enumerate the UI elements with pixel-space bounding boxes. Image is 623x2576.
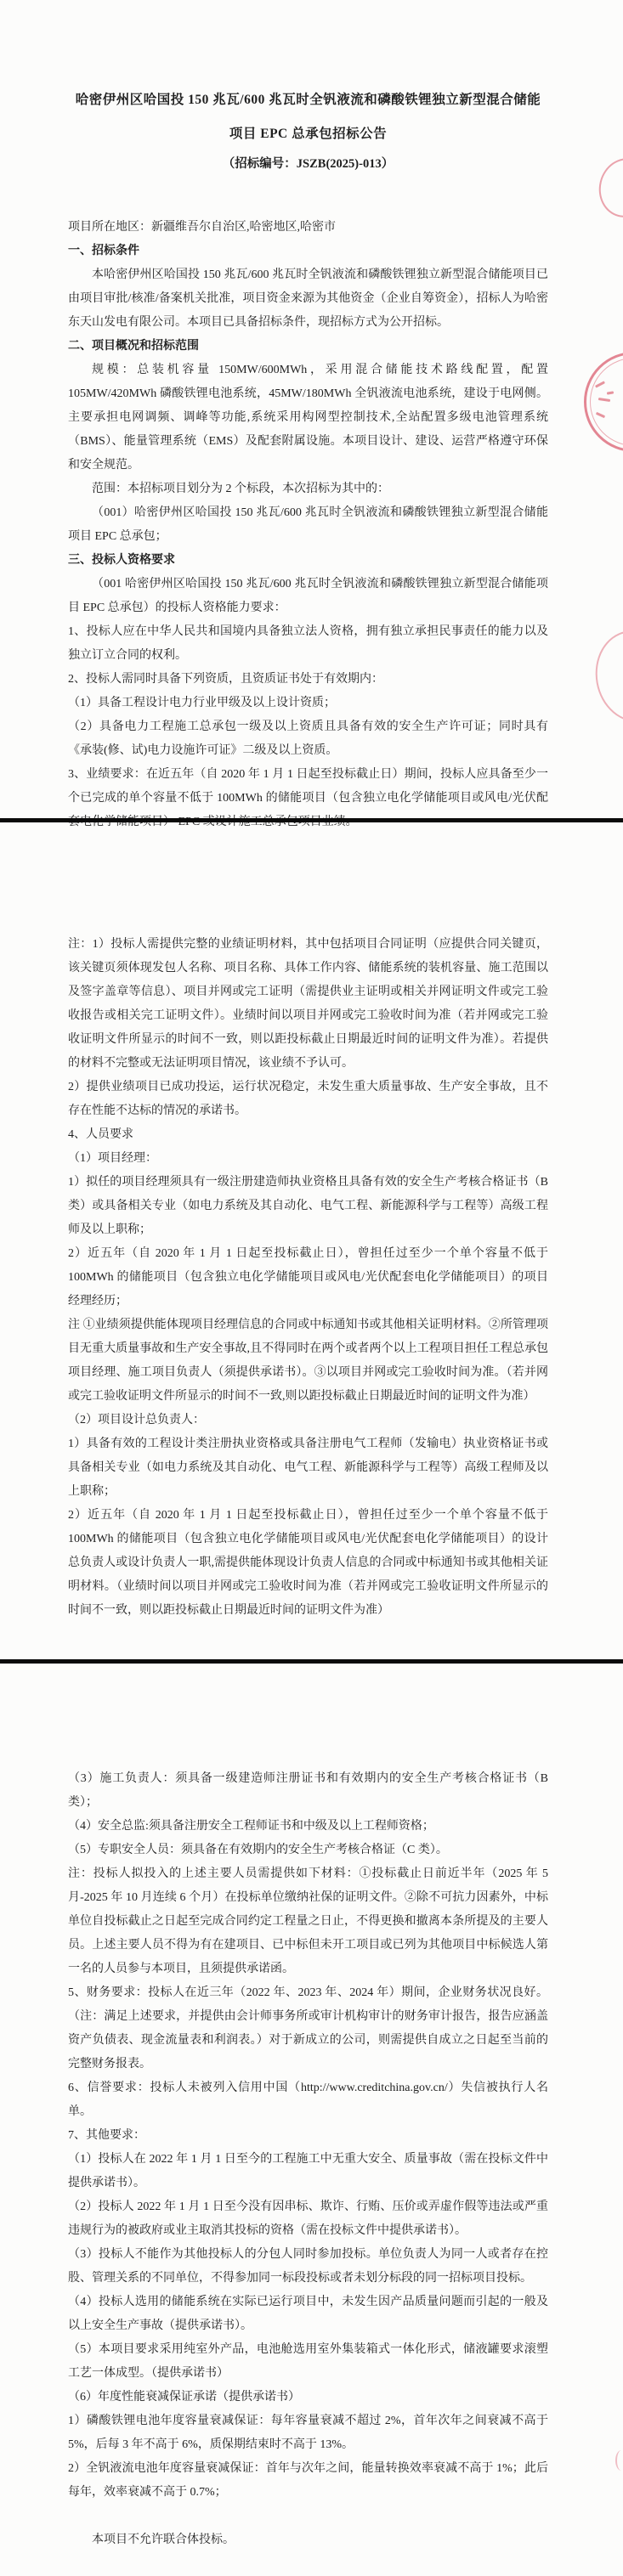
document-page-1: 哈密伊州区哈国投 150 兆瓦/600 兆瓦时全钒液流和磷酸铁锂独立新型混合储能… xyxy=(0,0,623,818)
doc-paragraph: 2）全钒液流电池年度容量衰减保证：首年与次年之间，能量转换效率衰减不高于 1%；… xyxy=(68,2457,548,2505)
bid-number: （招标编号：JSZB(2025)-013） xyxy=(68,151,548,177)
doc-paragraph: （6）年度性能衰减保证承诺（提供承诺书） xyxy=(68,2386,548,2409)
page-scan-divider xyxy=(0,818,623,822)
doc-paragraph: 注 ①业绩须提供能体现项目经理信息的合同或中标通知书或其他相关证明材料。②所管理… xyxy=(68,1313,548,1409)
doc-paragraph: 7、其他要求： xyxy=(68,2124,548,2148)
doc-paragraph: （4）投标人选用的储能系统在实际已运行项目中，未发生因产品质量问题而引起的一般及… xyxy=(68,2291,548,2338)
section-heading-project-overview: 二、项目概况和招标范围 xyxy=(68,335,548,359)
doc-paragraph: （5）专职安全人员：须具备在有效期内的安全生产考核合格证（C 类）。 xyxy=(68,1839,548,1862)
doc-paragraph: 2）提供业绩项目已成功投运，运行状况稳定，未发生重大质量事故、生产安全事故，且不… xyxy=(68,1076,548,1123)
page-scan-divider xyxy=(0,1659,623,1664)
doc-paragraph: 1）具备有效的工程设计类注册执业资格或具备注册电气工程师（发输电）执业资格证书或… xyxy=(68,1432,548,1504)
doc-paragraph: （2）具备电力工程施工总承包一级及以上资质且具备有效的安全生产许可证；同时具有《… xyxy=(68,715,548,763)
doc-paragraph: 3、业绩要求：在近五年（自 2020 年 1 月 1 日起至投标截止日）期间，投… xyxy=(68,763,548,834)
doc-paragraph: 1、投标人应在中华人民共和国境内具备独立法人资格，拥有独立承担民事责任的能力以及… xyxy=(68,620,548,668)
section-heading-bidder-qualifications: 三、投标人资格要求 xyxy=(68,549,548,573)
doc-paragraph: 注：投标人拟投入的上述主要人员需提供如下材料：①投标截止日前近半年（2025 年… xyxy=(68,1862,548,1981)
doc-paragraph: 5、财务要求：投标人在近三年（2022 年、2023 年、2024 年）期间，企… xyxy=(68,1981,548,2076)
doc-paragraph: 本哈密伊州区哈国投 150 兆瓦/600 兆瓦时全钒液流和磷酸铁锂独立新型混合储… xyxy=(68,263,548,335)
doc-paragraph: （2）投标人 2022 年 1 月 1 日至今没有因串标、欺诈、行贿、压价或弄虚… xyxy=(68,2195,548,2243)
doc-paragraph: 4、人员要求 xyxy=(68,1123,548,1147)
section-heading-bid-conditions: 一、招标条件 xyxy=(68,240,548,263)
doc-paragraph: （2）项目设计总负责人： xyxy=(68,1409,548,1432)
doc-paragraph: 范围：本招标项目划分为 2 个标段，本次招标为其中的： xyxy=(68,477,548,501)
doc-paragraph: （3）投标人不能作为其他投标人的分包人同时参加投标。单位负责人为同一人或者存在控… xyxy=(68,2243,548,2291)
doc-paragraph: 1）拟任的项目经理须具有一级注册建造师执业资格且具备有效的安全生产考核合格证书（… xyxy=(68,1171,548,1242)
title-block: 哈密伊州区哈国投 150 兆瓦/600 兆瓦时全钒液流和磷酸铁锂独立新型混合储能… xyxy=(68,0,548,177)
doc-paragraph: 6、信誉要求：投标人未被列入信用中国（http://www.creditchin… xyxy=(68,2076,548,2124)
doc-paragraph: （1）项目经理： xyxy=(68,1147,548,1171)
document-page-3: （3）施工负责人：须具备一级建造师注册证书和有效期内的安全生产考核合格证书（B … xyxy=(0,1767,623,2576)
doc-paragraph: （001）哈密伊州区哈国投 150 兆瓦/600 兆瓦时全钒液流和磷酸铁锂独立新… xyxy=(68,501,548,549)
document-page-2: 注：1）投标人需提供完整的业绩证明材料，其中包括项目合同证明（应提供合同关键页，… xyxy=(0,933,623,1659)
project-location-line: 项目所在地区：新疆维吾尔自治区,哈密地区,哈密市 xyxy=(68,216,548,240)
doc-paragraph: 1）磷酸铁锂电池年度容量衰减保证：每年容量衰减不超过 2%，首年次年之间衰减不高… xyxy=(68,2409,548,2457)
doc-paragraph: （3）施工负责人：须具备一级建造师注册证书和有效期内的安全生产考核合格证书（B … xyxy=(68,1767,548,1815)
document-title-line-2: 项目 EPC 总承包招标公告 xyxy=(68,117,548,151)
doc-paragraph: （4）安全总监:须具备注册安全工程师证书和中级及以上工程师资格； xyxy=(68,1815,548,1839)
doc-paragraph: （1）具备工程设计电力行业甲级及以上设计资质； xyxy=(68,692,548,715)
doc-paragraph: （5）本项目要求采用纯室外产品，电池舱选用室外集装箱式一体化形式，储液罐要求滚塑… xyxy=(68,2338,548,2386)
doc-paragraph: 2）近五年（自 2020 年 1 月 1 日起至投标截止日），曾担任过至少一个单… xyxy=(68,1242,548,1313)
doc-paragraph-no-consortium: 本项目不允许联合体投标。 xyxy=(68,2528,548,2552)
doc-paragraph: （1）投标人在 2022 年 1 月 1 日至今的工程施工中无重大安全、质量事故… xyxy=(68,2148,548,2195)
doc-paragraph: 2、投标人需同时具备下列资质，且资质证书处于有效期内： xyxy=(68,668,548,692)
doc-paragraph: 2）近五年（自 2020 年 1 月 1 日起至投标截止日），曾担任过至少一个单… xyxy=(68,1504,548,1623)
document-title-line-1: 哈密伊州区哈国投 150 兆瓦/600 兆瓦时全钒液流和磷酸铁锂独立新型混合储能 xyxy=(68,83,548,117)
doc-paragraph: 注：1）投标人需提供完整的业绩证明材料，其中包括项目合同证明（应提供合同关键页，… xyxy=(68,933,548,1076)
doc-paragraph: 规模：总装机容量 150MW/600MWh，采用混合储能技术路线配置，配置 10… xyxy=(68,359,548,477)
doc-paragraph: （001 哈密伊州区哈国投 150 兆瓦/600 兆瓦时全钒液流和磷酸铁锂独立新… xyxy=(68,573,548,620)
scanned-document: 哈密伊州区哈国投 150 兆瓦/600 兆瓦时全钒液流和磷酸铁锂独立新型混合储能… xyxy=(0,0,623,2576)
